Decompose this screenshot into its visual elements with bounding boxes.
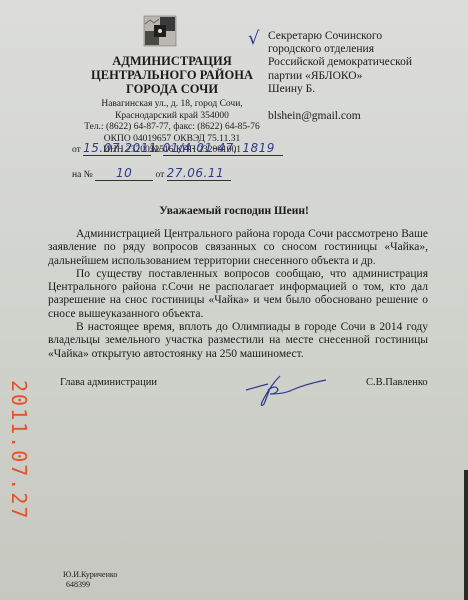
executor-block: Ю.И.Куриченко 648399 bbox=[63, 570, 117, 590]
recipient-line: городского отделения bbox=[268, 43, 412, 56]
paragraph: В настоящее время, вплоть до Олимпиады в… bbox=[48, 321, 428, 361]
outgoing-reference: от 15.07.2011№ 01/4-01-47, 1819 bbox=[72, 141, 283, 156]
reply-label: на № bbox=[72, 170, 93, 180]
from-label: от bbox=[72, 145, 81, 155]
address-line: Навагинская ул., д. 18, город Сочи, bbox=[62, 99, 282, 111]
signatory-title: Глава администрации bbox=[60, 377, 157, 388]
executor-name: Ю.И.Куриченко bbox=[63, 570, 117, 580]
outgoing-number: 01/4-01-47, 1819 bbox=[163, 141, 283, 156]
recipient-line: Шеину Б. bbox=[268, 83, 412, 96]
letter-body: Администрацией Центрального района город… bbox=[48, 222, 428, 361]
executor-phone: 648399 bbox=[63, 580, 117, 590]
incoming-reference: на № 10 от 27.06.11 bbox=[72, 166, 231, 181]
recipient-line: Секретарю Сочинского bbox=[268, 30, 412, 43]
reply-date: 27.06.11 bbox=[167, 166, 231, 181]
greeting: Уважаемый господин Шеин! bbox=[0, 205, 468, 217]
phone-line: Тел.: (8622) 64-87-77, факс: (8622) 64-8… bbox=[62, 122, 282, 134]
recipient-line: партии «ЯБЛОКО» bbox=[268, 70, 412, 83]
check-mark-icon: √ bbox=[248, 28, 259, 49]
org-name-line: ЦЕНТРАЛЬНОГО РАЙОНА bbox=[62, 68, 282, 82]
number-label: № bbox=[151, 145, 160, 155]
reply-from-label: от bbox=[156, 170, 165, 180]
recipient-line: Российской демократической bbox=[268, 56, 412, 69]
coat-of-arms-icon bbox=[142, 14, 178, 48]
org-name-line: ГОРОДА СОЧИ bbox=[62, 82, 282, 96]
recipient-email: blshein@gmail.com bbox=[268, 110, 361, 122]
address-line: Краснодарский край 354000 bbox=[62, 111, 282, 123]
paper-edge-shadow bbox=[464, 470, 468, 600]
reply-number: 10 bbox=[95, 166, 153, 181]
handwritten-signature bbox=[240, 372, 330, 412]
paragraph: По существу поставленных вопросов сообща… bbox=[48, 268, 428, 321]
recipient-block: Секретарю Сочинского городского отделени… bbox=[268, 30, 412, 96]
paragraph: Администрацией Центрального района город… bbox=[48, 228, 428, 268]
photo-date-stamp: 2011.07.27 14:17 bbox=[4, 380, 34, 600]
org-name-line: АДМИНИСТРАЦИЯ bbox=[62, 54, 282, 68]
outgoing-date: 15.07.2011 bbox=[83, 141, 151, 156]
signatory-name: С.В.Павленко bbox=[366, 377, 428, 388]
